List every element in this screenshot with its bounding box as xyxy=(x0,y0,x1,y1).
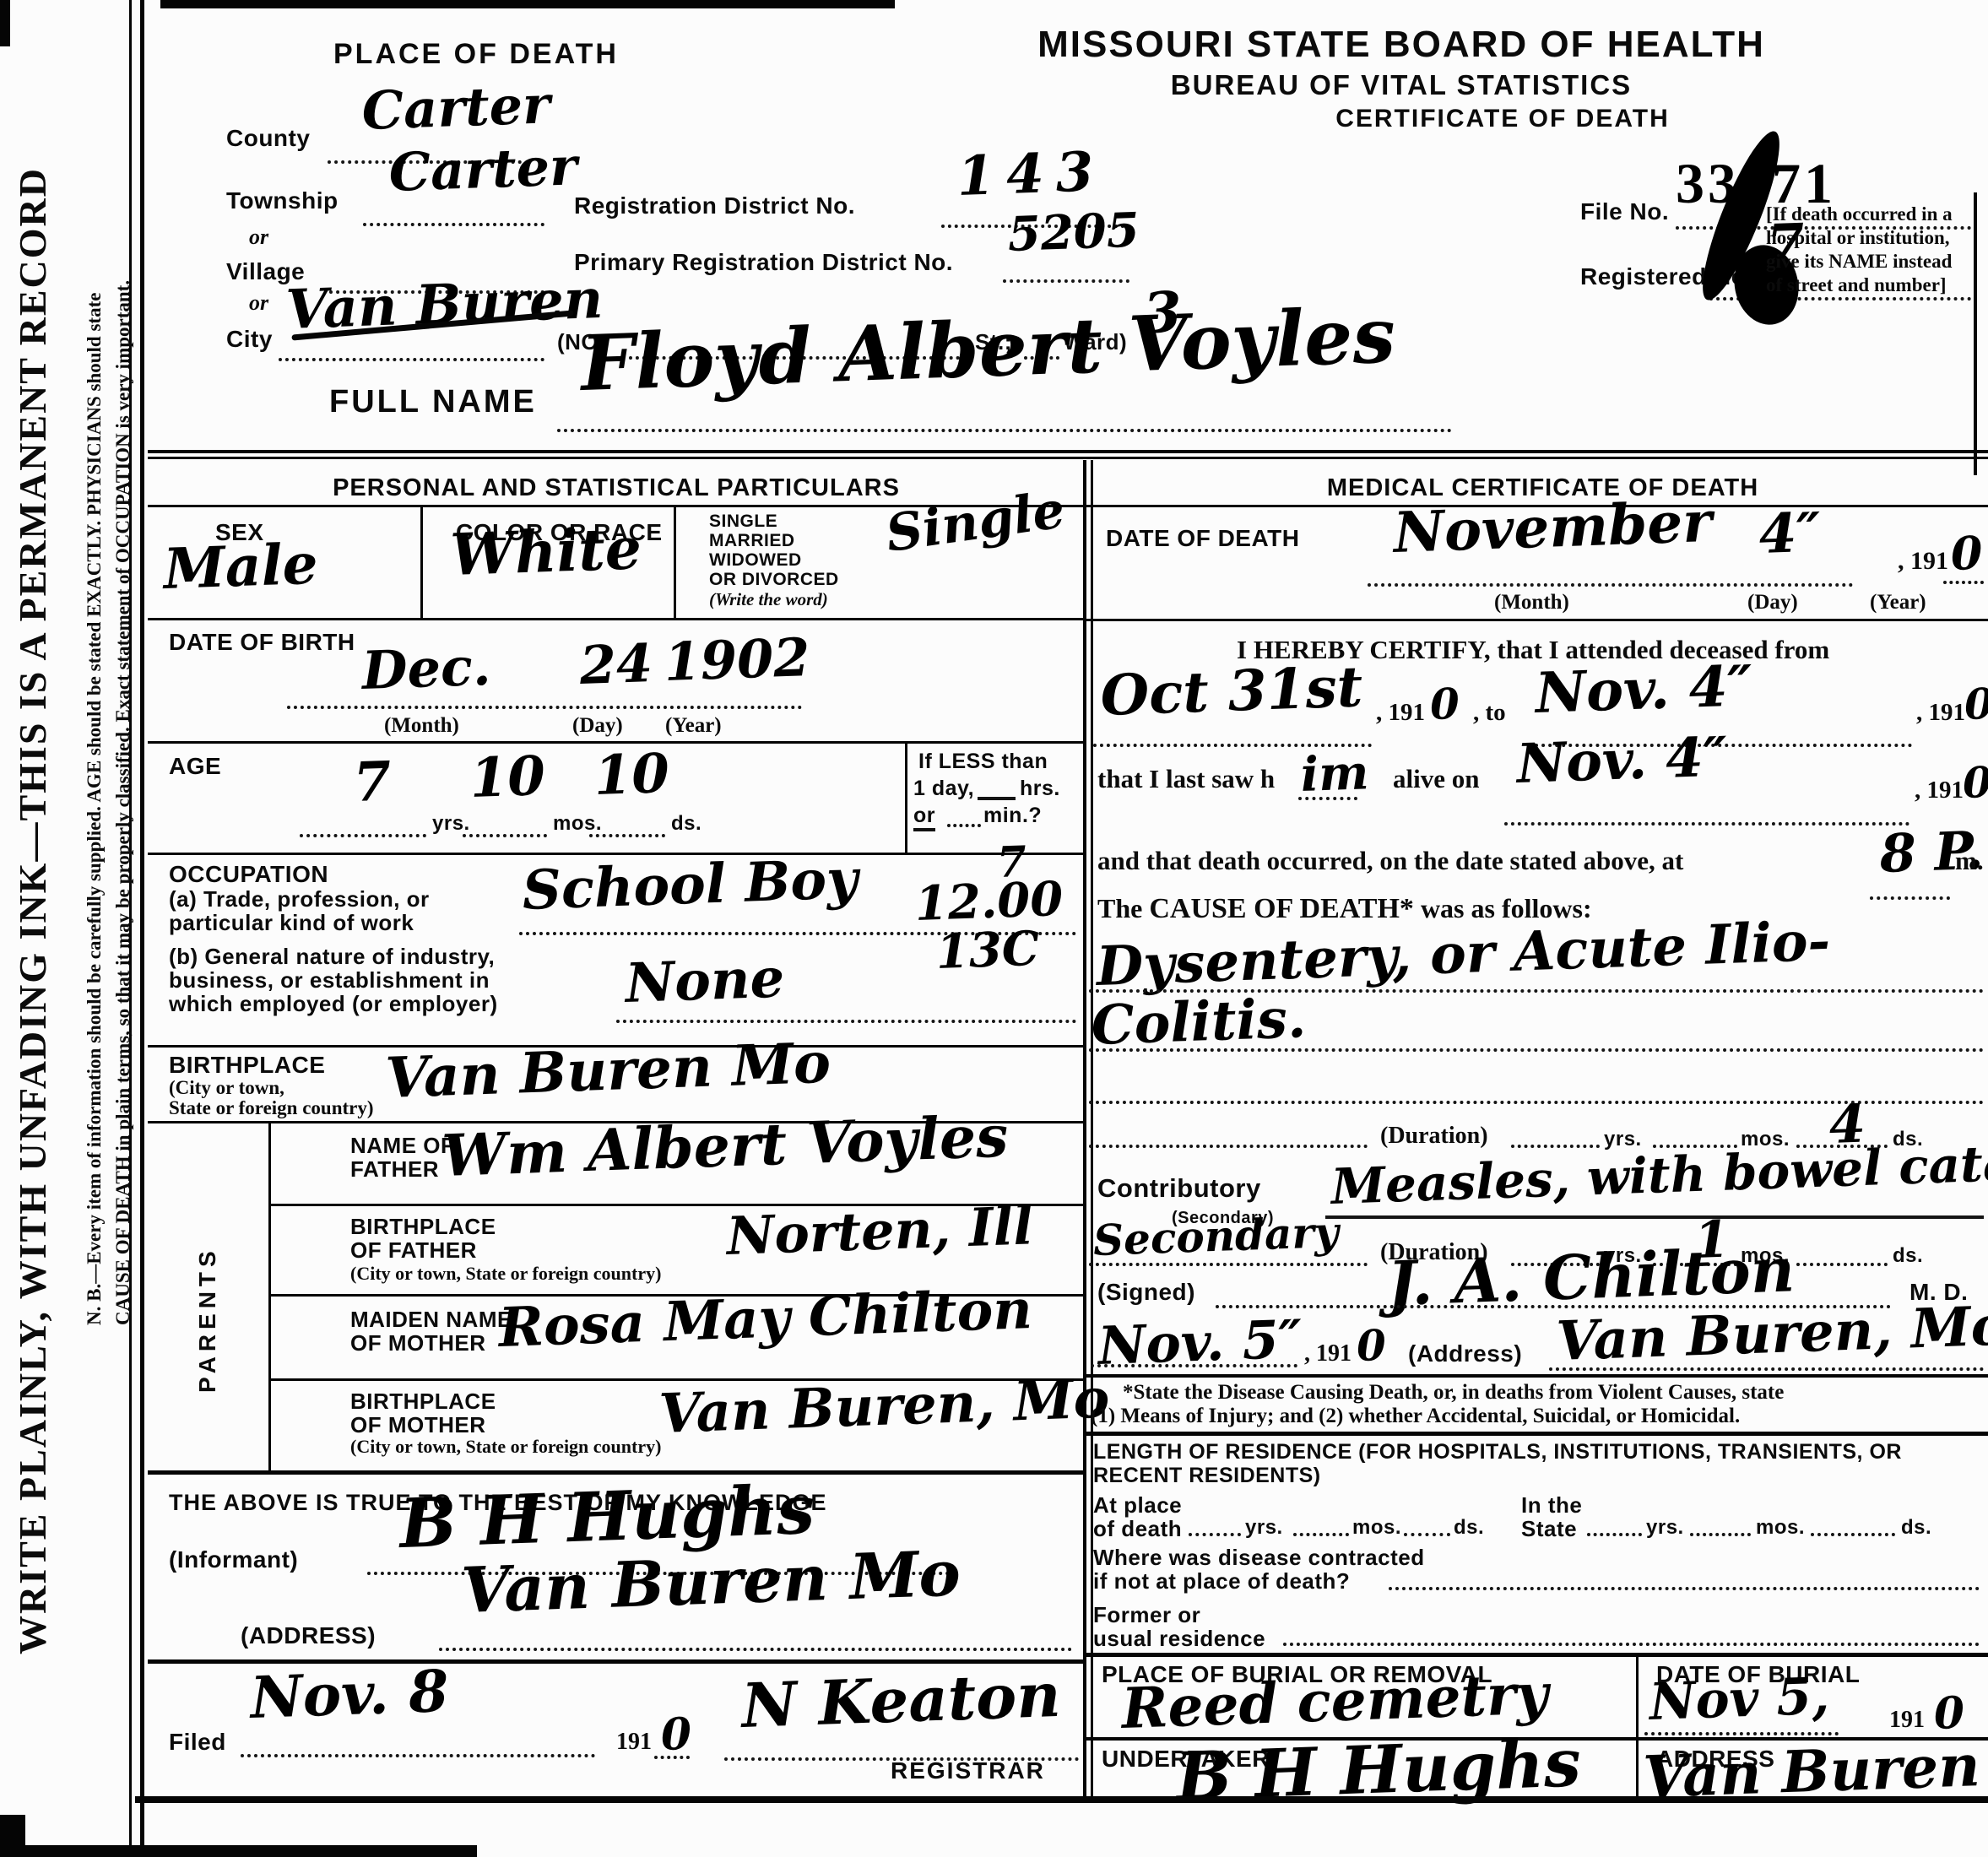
father-birthplace-sub: (City or town, State or foreign country) xyxy=(350,1263,661,1285)
former-residence-label-2: usual residence xyxy=(1093,1626,1265,1652)
pencil-note-13c: 13C xyxy=(935,921,1041,980)
dod-year-caption: (Year) xyxy=(1870,591,1926,614)
marital-label-line3: WIDOWED xyxy=(709,550,802,571)
sex-color-divider xyxy=(420,505,423,618)
county-value: Carter xyxy=(360,73,550,142)
at-place-ds-caption: ds. xyxy=(1454,1516,1484,1540)
former-residence-line xyxy=(1283,1639,1980,1646)
filed-year-line xyxy=(654,1732,690,1759)
death-certificate-scan: WRITE PLAINLY, WITH UNFADING INK—THIS IS… xyxy=(0,0,1988,1857)
form-left-border-inner xyxy=(140,0,144,1857)
informant-label: (Informant) xyxy=(169,1546,298,1573)
occupation-b-label-1: (b) General nature of industry, xyxy=(169,944,495,970)
occupation-a-label-2: particular kind of work xyxy=(169,910,414,936)
less-than-box-divider xyxy=(905,741,907,853)
less-than-hrs-caption: hrs. xyxy=(1020,777,1060,801)
birthplace-value: Van Buren Mo xyxy=(384,1030,831,1111)
sex-value: Male xyxy=(162,531,319,602)
residence-title-line2: RECENT RESIDENTS) xyxy=(1093,1464,1321,1488)
occupation-b-label-3: which employed (or employer) xyxy=(169,991,498,1017)
burial-year-digit: 0 xyxy=(1933,1687,1965,1740)
less-than-or: or xyxy=(913,804,935,831)
dob-month-value: Dec. xyxy=(360,636,491,701)
sign-address-line xyxy=(1549,1364,1984,1371)
registration-district-value: 143 xyxy=(956,140,1106,208)
township-value: Carter xyxy=(387,135,577,203)
occupation-b-label-2: business, or establishment in xyxy=(169,967,490,993)
father-birthplace-label-1: BIRTHPLACE xyxy=(350,1214,496,1240)
scan-artifact-top-bar xyxy=(160,0,895,8)
cause-intro-pre: The xyxy=(1097,893,1149,923)
cause-footnote-line1: *State the Disease Causing Death, or, in… xyxy=(1123,1381,1784,1405)
age-label: AGE xyxy=(169,753,221,780)
city-label: City xyxy=(226,326,273,353)
age-days-caption: ds. xyxy=(671,812,701,836)
occupation-a-label-1: (a) Trade, profession, or xyxy=(169,886,430,912)
cause-duration-yrs-line xyxy=(1511,1141,1600,1148)
age-months-value: 10 xyxy=(469,744,546,810)
secondary-duration-ds-caption: ds. xyxy=(1893,1244,1923,1268)
in-state-label-1: In the xyxy=(1521,1492,1582,1519)
header-divider-1 xyxy=(148,450,1988,453)
mother-name-value: Rosa May Chilton xyxy=(497,1278,1033,1360)
secondary-lead-line xyxy=(1089,1259,1368,1266)
at-place-mos-caption: mos. xyxy=(1352,1516,1401,1540)
birthplace-sub2: State or foreign country) xyxy=(169,1097,374,1119)
dod-month-caption: (Month) xyxy=(1494,591,1569,614)
hospital-note-line1: [If death occurred in a xyxy=(1766,203,1953,225)
to-year-printed: , 191 xyxy=(1916,699,1965,727)
dob-label: DATE OF BIRTH xyxy=(169,629,355,656)
right-column-bottom-rule xyxy=(1085,1796,1988,1803)
color-race-value: White xyxy=(449,515,642,589)
age-months-line xyxy=(463,804,547,837)
dob-year-value: 1902 xyxy=(663,626,810,693)
mother-birthplace-label-2: OF MOTHER xyxy=(350,1412,486,1438)
marital-hint: (Write the word) xyxy=(709,589,828,610)
cause-duration-label: (Duration) xyxy=(1380,1123,1488,1150)
page-number-note: 3 xyxy=(1141,279,1183,346)
filed-label: Filed xyxy=(169,1729,226,1756)
parents-bottom-rule xyxy=(148,1470,1085,1475)
mother-birthplace-label-1: BIRTHPLACE xyxy=(350,1389,496,1415)
parents-strip-divider xyxy=(268,1121,271,1473)
from-year-digit: 0 xyxy=(1429,679,1460,729)
dod-day-caption: (Day) xyxy=(1747,591,1798,614)
occupation-label: OCCUPATION xyxy=(169,861,328,888)
dob-year-caption: (Year) xyxy=(665,714,722,738)
lastsaw-date-line xyxy=(1504,792,1909,826)
birthplace-sub1: (City or town, xyxy=(169,1077,284,1099)
lastsaw-date-value: Nov. 4″ xyxy=(1515,725,1728,796)
filed-date-line xyxy=(241,1720,595,1757)
father-name-label-1: NAME OF xyxy=(350,1133,454,1159)
informant-address-line xyxy=(439,1614,1072,1651)
hospital-note-line2: hospital or institution, xyxy=(1766,227,1950,248)
mother-name-label-1: MAIDEN NAME xyxy=(350,1307,512,1333)
date-of-death-year-printed: , 191 xyxy=(1898,547,1948,576)
residence-title-line1: LENGTH OF RESIDENCE (FOR HOSPITALS, INST… xyxy=(1093,1440,1902,1464)
primary-registration-label: Primary Registration District No. xyxy=(574,249,953,276)
occurred-line: and that death occurred, on the date sta… xyxy=(1097,846,1683,876)
in-state-yrs-line xyxy=(1587,1529,1642,1536)
signed-section-rule xyxy=(1085,1374,1988,1378)
contributory-line xyxy=(1325,1188,1984,1219)
lastsaw-year-digit: 0 xyxy=(1962,757,1988,808)
in-state-label-2: State xyxy=(1521,1516,1577,1542)
sex-row-rule xyxy=(148,618,1085,620)
less-than-line1: If LESS than xyxy=(918,750,1048,774)
in-state-mos-line xyxy=(1690,1529,1751,1536)
board-title: MISSOURI STATE BOARD OF HEALTH xyxy=(823,24,1980,66)
birthplace-label: BIRTHPLACE xyxy=(169,1052,325,1079)
full-name-value: Floyd Albert Voyles xyxy=(579,290,1396,409)
sign-address-label: (Address) xyxy=(1408,1340,1522,1367)
age-days-line xyxy=(589,804,665,837)
cause-intro-main: CAUSE OF DEATH* xyxy=(1149,893,1414,924)
in-state-ds-line xyxy=(1811,1529,1895,1536)
secondary-duration-ds-line xyxy=(1796,1259,1888,1266)
parents-label: PARENTS xyxy=(194,1246,221,1393)
time-m-label: m. xyxy=(1955,846,1984,876)
cause-duration-lead-line xyxy=(1089,1141,1368,1148)
lastsaw-pre: that I last saw h xyxy=(1097,764,1275,794)
full-name-label: FULL NAME xyxy=(329,384,537,420)
contracted-label-2: if not at place of death? xyxy=(1093,1568,1350,1594)
filed-year-printed: 191 xyxy=(616,1729,652,1756)
primary-registration-value: 5205 xyxy=(1007,203,1140,263)
signed-label: (Signed) xyxy=(1097,1279,1195,1306)
secondary-value: Secondary xyxy=(1092,1207,1340,1265)
date-of-death-label: DATE OF DEATH xyxy=(1106,525,1299,552)
sign-date-line xyxy=(1091,1361,1297,1367)
cause-footnote-line2: (1) Means of Injury; and (2) whether Acc… xyxy=(1091,1405,1740,1428)
left-column-bottom-rule xyxy=(135,1796,1102,1803)
dod-row-rule xyxy=(1085,619,1988,621)
burial-year-printed: 191 xyxy=(1889,1707,1925,1734)
at-place-label-2: of death xyxy=(1093,1516,1182,1542)
mother-name-label-2: OF MOTHER xyxy=(350,1330,486,1356)
less-than-min-line xyxy=(947,805,981,827)
father-birthplace-label-2: OF FATHER xyxy=(350,1237,477,1264)
to-label: , to xyxy=(1473,699,1506,727)
date-of-death-year-line xyxy=(1943,555,1984,584)
burial-date-value: Nov 5, xyxy=(1649,1667,1831,1732)
cause-line-2 xyxy=(1089,1045,1984,1052)
certificate-title: CERTIFICATE OF DEATH xyxy=(1266,105,1739,133)
scan-artifact-left-edge xyxy=(0,0,10,46)
bureau-title: BUREAU OF VITAL STATISTICS xyxy=(823,69,1980,101)
or-label-2: or xyxy=(249,290,268,316)
sign-year-digit: 0 xyxy=(1356,1320,1387,1371)
at-place-yrs-line xyxy=(1189,1529,1241,1536)
date-of-death-line xyxy=(1368,553,1853,587)
in-state-ds-caption: ds. xyxy=(1901,1516,1931,1540)
scan-artifact-bottom-bar xyxy=(0,1845,477,1857)
marital-label-line1: SINGLE xyxy=(709,512,777,532)
color-marital-divider xyxy=(674,505,676,618)
age-years-line xyxy=(300,804,426,837)
sign-year-printed: , 191 xyxy=(1304,1340,1352,1367)
in-state-yrs-caption: yrs. xyxy=(1646,1516,1684,1540)
at-place-yrs-caption: yrs. xyxy=(1245,1516,1283,1540)
former-residence-label-1: Former or xyxy=(1093,1602,1200,1628)
margin-nb-note-line1: N. B.—Every item of information should b… xyxy=(84,293,105,1325)
dob-day-value: 24 xyxy=(578,632,653,696)
contracted-line xyxy=(1389,1584,1980,1590)
father-name-label-2: FATHER xyxy=(350,1156,439,1183)
at-place-mos-line xyxy=(1293,1529,1349,1536)
age-days-value: 10 xyxy=(593,742,670,808)
occupation-b-line xyxy=(616,989,1076,1023)
file-no-label: File No. xyxy=(1580,198,1669,225)
footnote-rule xyxy=(1085,1432,1988,1436)
less-than-min-caption: min.? xyxy=(983,804,1042,828)
dob-day-caption: (Day) xyxy=(572,714,623,738)
informant-address-label: (ADDRESS) xyxy=(241,1622,376,1649)
lastsaw-year-printed: , 191 xyxy=(1915,777,1964,804)
hospital-note: [If death occurred in a hospital or inst… xyxy=(1766,203,1977,297)
hospital-note-line4: of street and number] xyxy=(1766,274,1947,295)
or-label-1: or xyxy=(249,225,268,250)
hospital-note-line3: give its NAME instead xyxy=(1766,251,1952,272)
registrar-label: REGISTRAR xyxy=(891,1757,1045,1784)
lastsaw-him-line xyxy=(1298,775,1357,800)
place-of-death-title: PLACE OF DEATH xyxy=(333,38,619,71)
attended-from-line xyxy=(1093,713,1372,747)
burial-column-divider xyxy=(1636,1653,1639,1796)
registration-district-label: Registration District No. xyxy=(574,192,855,219)
dob-month-caption: (Month) xyxy=(384,714,459,738)
township-label: Township xyxy=(226,187,339,214)
column-divider-2 xyxy=(1091,460,1093,1796)
margin-nb-note: N. B.—Every item of information should b… xyxy=(80,51,138,1325)
age-row-rule xyxy=(148,853,1085,855)
burial-date-line xyxy=(1644,1729,1839,1735)
father-name-value: Wm Albert Voyles xyxy=(441,1103,1009,1190)
contracted-label-1: Where was disease contracted xyxy=(1093,1545,1425,1571)
lastsaw-post: alive on xyxy=(1393,764,1479,794)
from-year-printed: , 191 xyxy=(1376,699,1425,727)
to-year-digit: 0 xyxy=(1964,679,1988,729)
registrar-signature-line xyxy=(724,1724,1079,1761)
contributory-label: Contributory xyxy=(1097,1173,1261,1204)
in-state-mos-caption: mos. xyxy=(1756,1516,1805,1540)
county-label: County xyxy=(226,125,310,152)
father-birthplace-value: Norten, Ill xyxy=(725,1194,1033,1267)
less-than-line2: 1 day, xyxy=(913,777,974,801)
margin-nb-note-line2: CAUSE OF DEATH in plain terms, so that i… xyxy=(112,280,133,1325)
at-place-label-1: At place xyxy=(1093,1492,1182,1519)
column-divider-1 xyxy=(1083,460,1086,1796)
header-divider-2 xyxy=(148,457,1988,459)
margin-permanent-record-note: WRITE PLAINLY, WITH UNFADING INK—THIS IS… xyxy=(10,101,55,1654)
mother-birthplace-sub: (City or town, State or foreign country) xyxy=(350,1436,661,1458)
at-place-ds-line xyxy=(1404,1529,1450,1536)
residence-bottom-rule xyxy=(1085,1653,1988,1657)
personal-title-rule xyxy=(148,505,1988,507)
marital-label-line2: MARRIED xyxy=(709,531,795,551)
marital-label-line4: OR DIVORCED xyxy=(709,570,839,590)
less-than-hrs-line xyxy=(978,778,1016,800)
time-of-death-line xyxy=(1870,871,1950,900)
